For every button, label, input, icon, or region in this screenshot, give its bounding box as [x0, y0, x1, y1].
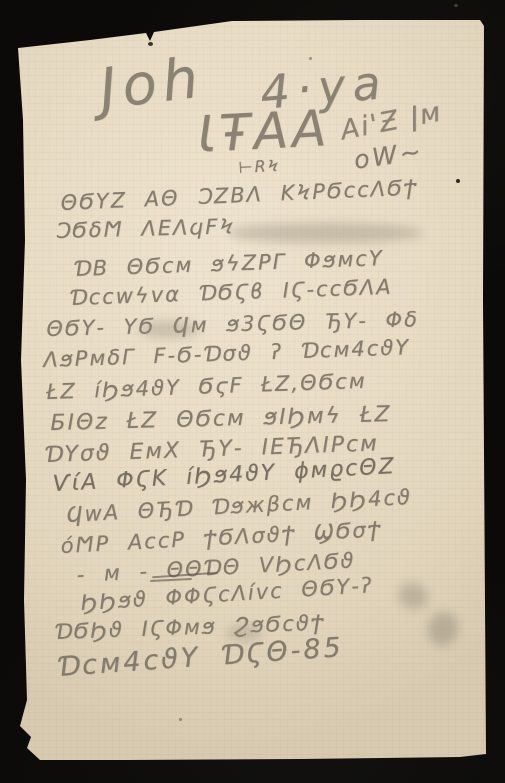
heading-word-large: ƖŦΑΑ: [196, 99, 331, 164]
paper-speck: [456, 179, 460, 183]
pencil-smudge: [228, 223, 423, 243]
paper-speck: [148, 42, 153, 46]
dust-speck: [454, 4, 458, 7]
manuscript-photo: Joh 4·ya ƖŦΑΑ Ai'Ƶ ǀм ⊢RϞ oW~ ΘϬΥZ ΑΘ ƆZ…: [0, 0, 505, 783]
pencil-smudge: [138, 321, 200, 338]
pencil-smudge: [226, 624, 262, 642]
heading-annotation-small: ⊢RϞ: [238, 156, 281, 177]
handwriting-line: ƆϬδϺ ΛΕΛϥϜϞ: [55, 214, 235, 243]
heading-word-joh: Joh: [96, 45, 207, 122]
paper-speck: [179, 718, 182, 721]
paper-speck: [309, 57, 312, 60]
